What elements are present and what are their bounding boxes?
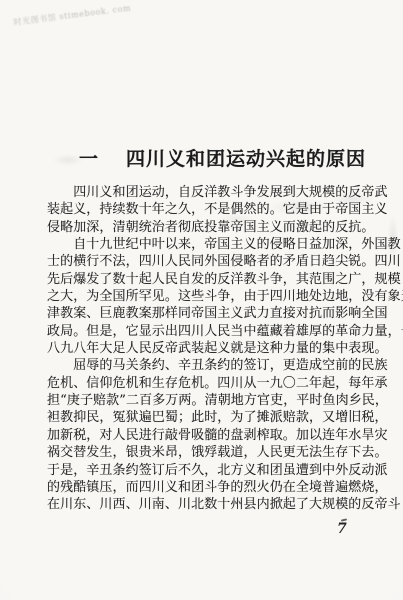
text-line: 津教案、巨鹿教案那样同帝国主义武力直接对抗而影响全国: [47, 305, 367, 322]
text-line: 装起义，持续数十年之久，不是偶然的。它是由于帝国主义: [47, 201, 367, 218]
scanned-book-page: 时光图书馆 stimebook. com 一 四川义和团运动兴起的原因 四川义和…: [0, 0, 403, 600]
text-line: 于是，辛丑条约签订后不久，北方义和团虽遭到中外反动派: [47, 462, 367, 479]
text-line: 之大，为全国所罕见。这些斗争，由于四川地处边地，没有象天: [47, 288, 367, 305]
chapter-title: 一 四川义和团运动兴起的原因: [79, 144, 366, 171]
text-line: 在川东、川西、川南、川北数十州县内掀起了大规模的反帝斗: [47, 496, 367, 513]
body-text: 四川义和团运动，自反洋教斗争发展到大规模的反帝武 装起义，持续数十年之久，不是偶…: [47, 184, 367, 514]
text-line: 加新税，对人民进行敲骨吸髓的盘剥榨取。加以连年水旱灾: [47, 427, 367, 444]
page-number: 7: [337, 521, 347, 537]
text-line: 祸交替发生，银贵米昂，饿殍载道，人民更无法生存下去。: [47, 444, 367, 461]
text-line: 八九八年大足人民反帝武装起义就是这种力量的集中表现。: [47, 340, 367, 357]
text-line: 侵略加深，清朝统治者彻底投靠帝国主义而激起的反抗。: [47, 219, 367, 236]
text-line: 担“庚子赔款”二百多万两。清朝地方官吏，平时鱼肉乡民，: [47, 392, 367, 409]
text-line: 政局。但是，它显示出四川人民当中蕴藏着雄厚的革命力量，一: [47, 323, 367, 340]
chapter-number: 一: [79, 144, 99, 171]
library-watermark: 时光图书馆 stimebook. com: [13, 3, 132, 28]
text-line: 自十九世纪中叶以来，帝国主义的侵略日益加深，外国教: [47, 236, 367, 253]
text-line: 危机、信仰危机和生存危机。四川从一九〇二年起，每年承: [47, 375, 367, 392]
text-line: 袒教抑民，冤狱遍巴蜀；此时，为了摊派赔款，又增旧税，: [47, 409, 367, 426]
text-line: 屈辱的马关条约、辛丑条约的签订，更造成空前的民族: [47, 357, 367, 374]
chapter-title-text: 四川义和团运动兴起的原因: [126, 144, 366, 171]
text-line: 的残酷镇压，而四川义和团斗争的烈火仍在全境普遍燃烧，: [47, 479, 367, 496]
text-line: 先后爆发了数十起人民自发的反洋教斗争，其范围之广，规模: [47, 271, 367, 288]
text-line: 四川义和团运动，自反洋教斗争发展到大规模的反帝武: [47, 184, 367, 201]
text-line: 士的横行不法，四川人民同外国侵略者的矛盾日趋尖锐。四川: [47, 253, 367, 270]
